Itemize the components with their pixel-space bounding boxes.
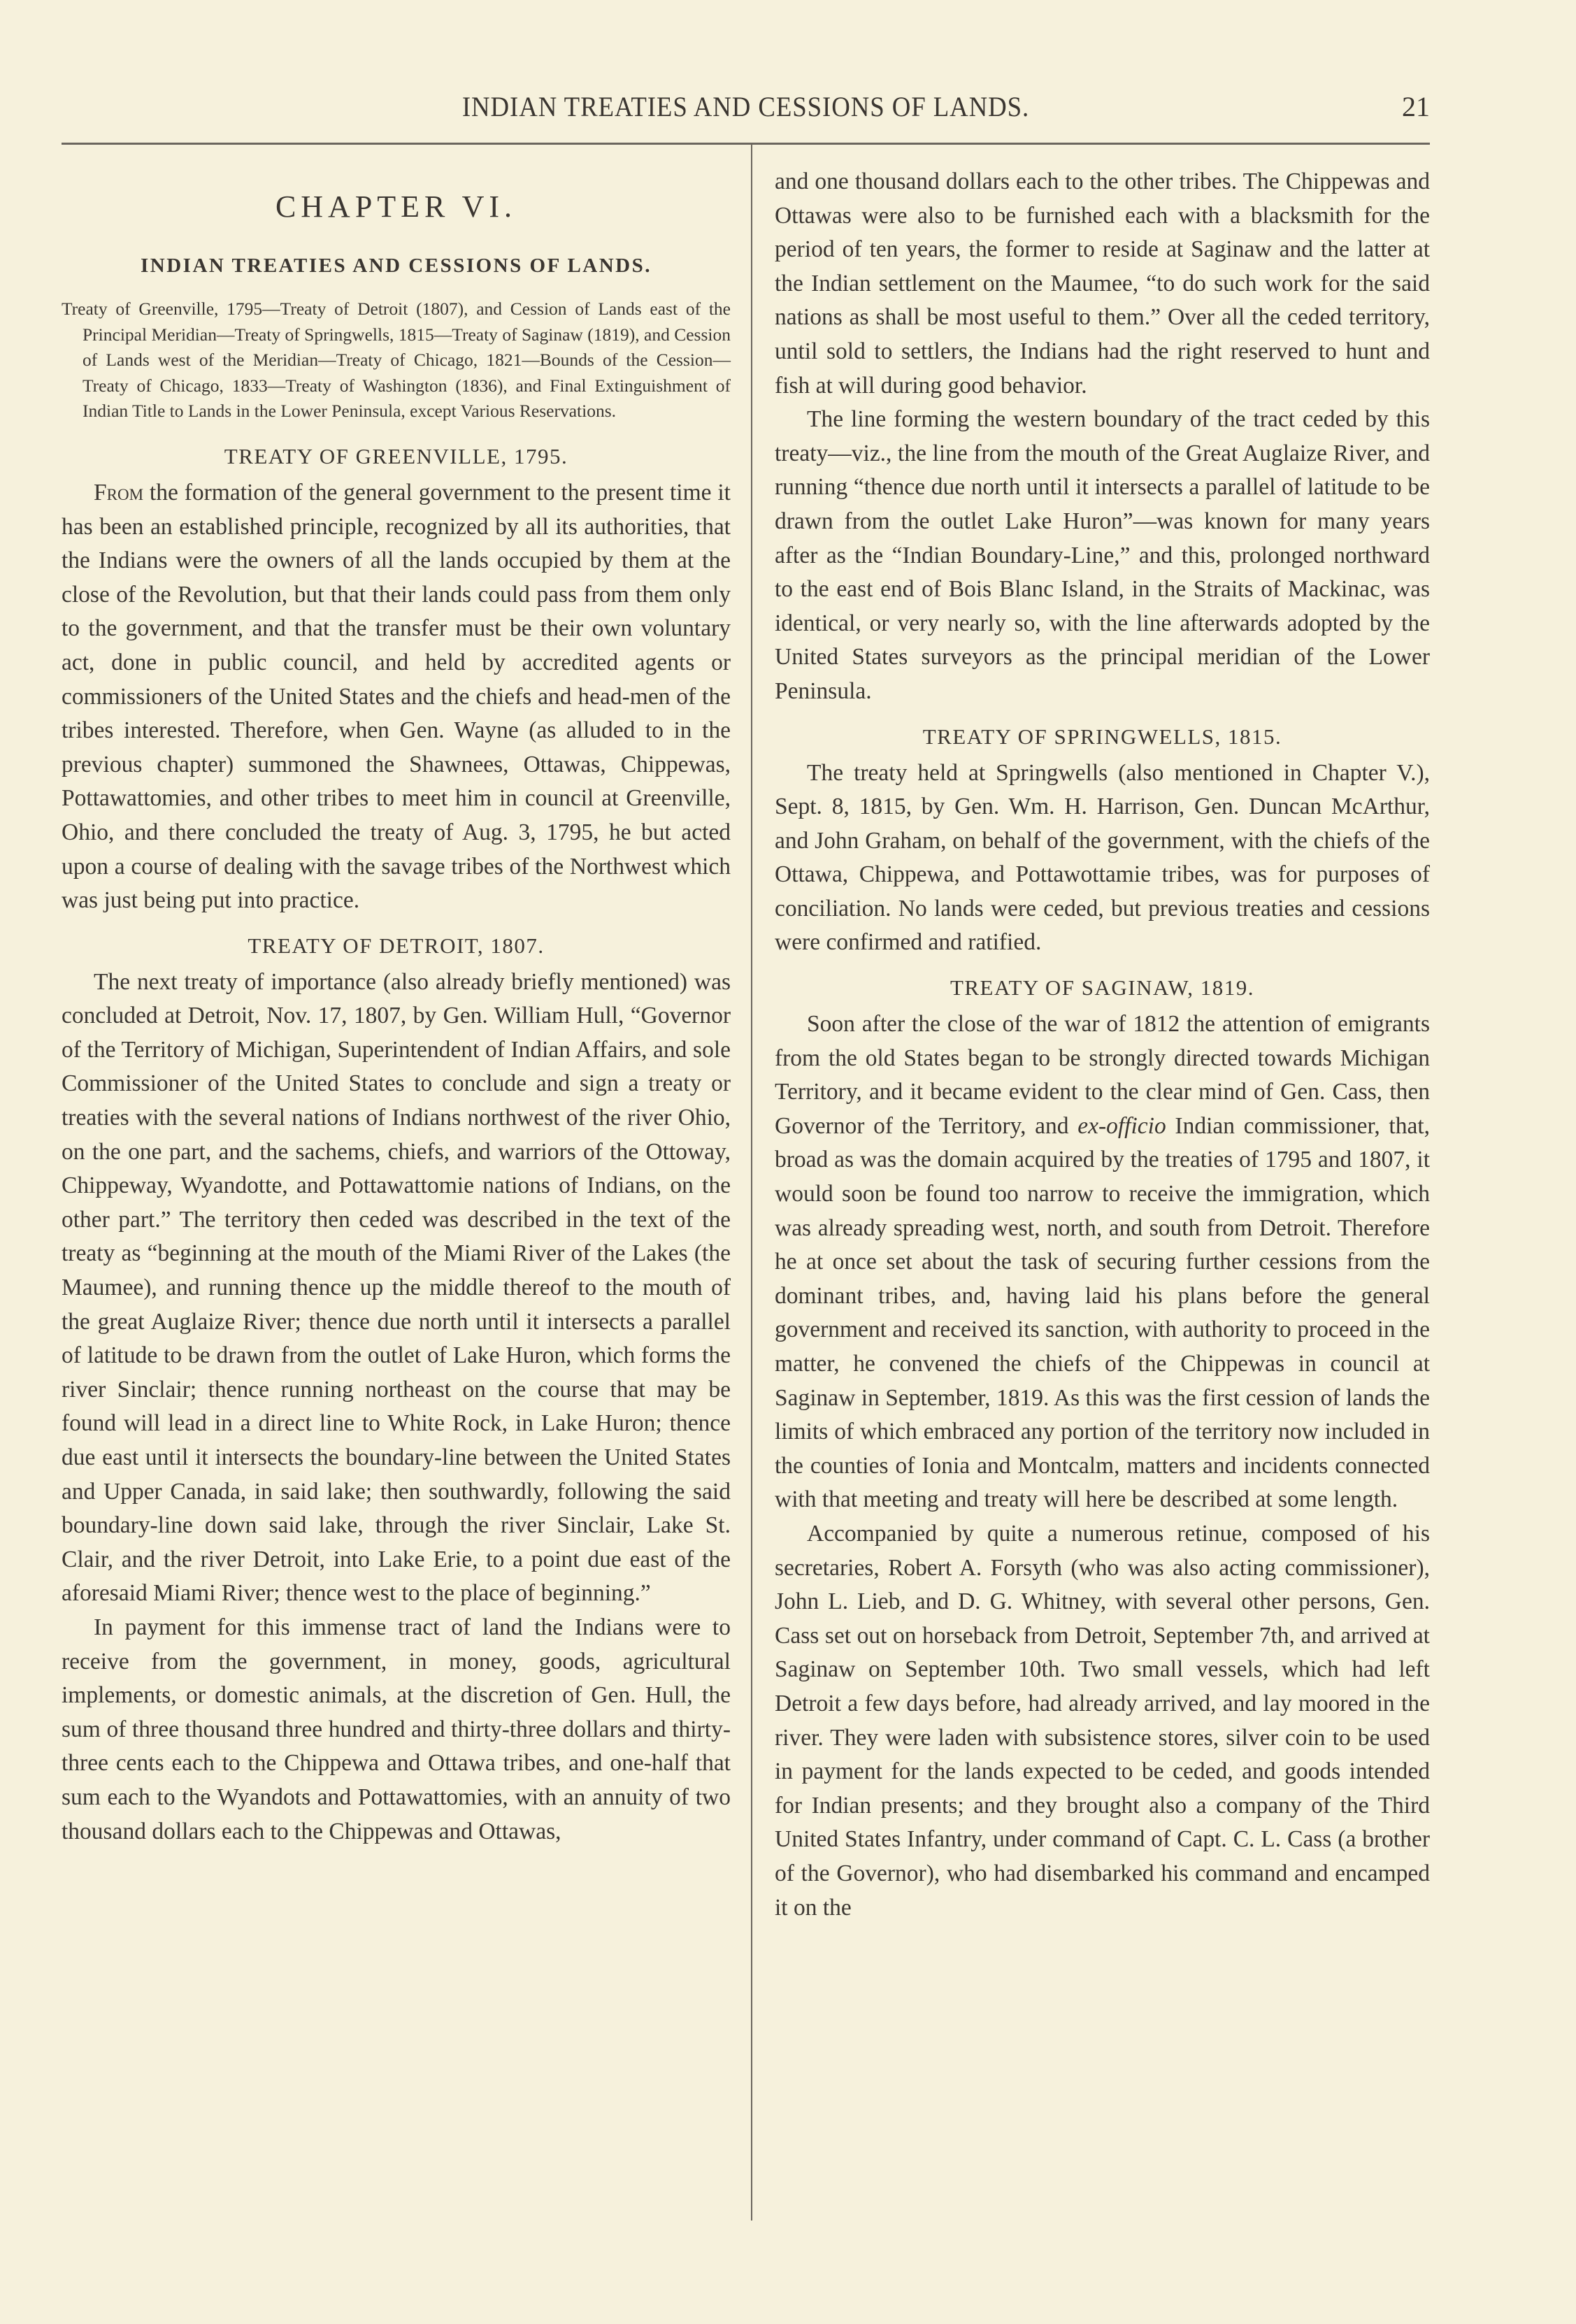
section-heading-detroit: TREATY OF DETROIT, 1807. [62, 929, 731, 963]
paragraph-boundary-line: The line forming the western boundary of… [775, 403, 1430, 708]
paragraph-continued: and one thousand dollars each to the oth… [775, 165, 1430, 403]
paragraph-greenville: From the formation of the general govern… [62, 476, 731, 918]
page-number: 21 [1402, 89, 1430, 124]
right-column: and one thousand dollars each to the oth… [775, 165, 1430, 1925]
chapter-label: CHAPTER VI. [62, 186, 731, 228]
paragraph-detroit-1: The next treaty of importance (also alre… [62, 966, 731, 1611]
italic-term: ex-officio [1077, 1113, 1166, 1139]
chapter-synopsis: Treaty of Greenville, 1795—Treaty of Det… [62, 296, 731, 424]
header-rule [62, 143, 1430, 145]
section-heading-springwells: TREATY OF SPRINGWELLS, 1815. [775, 720, 1430, 754]
paragraph-text: the formation of the general government … [62, 480, 731, 913]
left-column: CHAPTER VI. INDIAN TREATIES AND CESSIONS… [62, 165, 731, 1849]
section-heading-greenville: TREATY OF GREENVILLE, 1795. [62, 440, 731, 473]
paragraph-text: Indian commissioner, that, broad as was … [775, 1113, 1430, 1513]
paragraph-springwells: The treaty held at Springwells (also men… [775, 756, 1430, 961]
paragraph-detroit-2: In payment for this immense tract of lan… [62, 1611, 731, 1849]
running-head: INDIAN TREATIES AND CESSIONS OF LANDS. 2… [62, 89, 1430, 124]
book-page: INDIAN TREATIES AND CESSIONS OF LANDS. 2… [0, 0, 1576, 2324]
chapter-title: INDIAN TREATIES AND CESSIONS OF LANDS. [62, 252, 731, 280]
running-title: INDIAN TREATIES AND CESSIONS OF LANDS. [116, 89, 1375, 124]
section-heading-saginaw: TREATY OF SAGINAW, 1819. [775, 971, 1430, 1005]
paragraph-saginaw-1: Soon after the close of the war of 1812 … [775, 1007, 1430, 1517]
paragraph-saginaw-2: Accompanied by quite a numerous retinue,… [775, 1517, 1430, 1925]
column-divider [751, 144, 752, 2221]
lead-word: From [94, 480, 143, 505]
